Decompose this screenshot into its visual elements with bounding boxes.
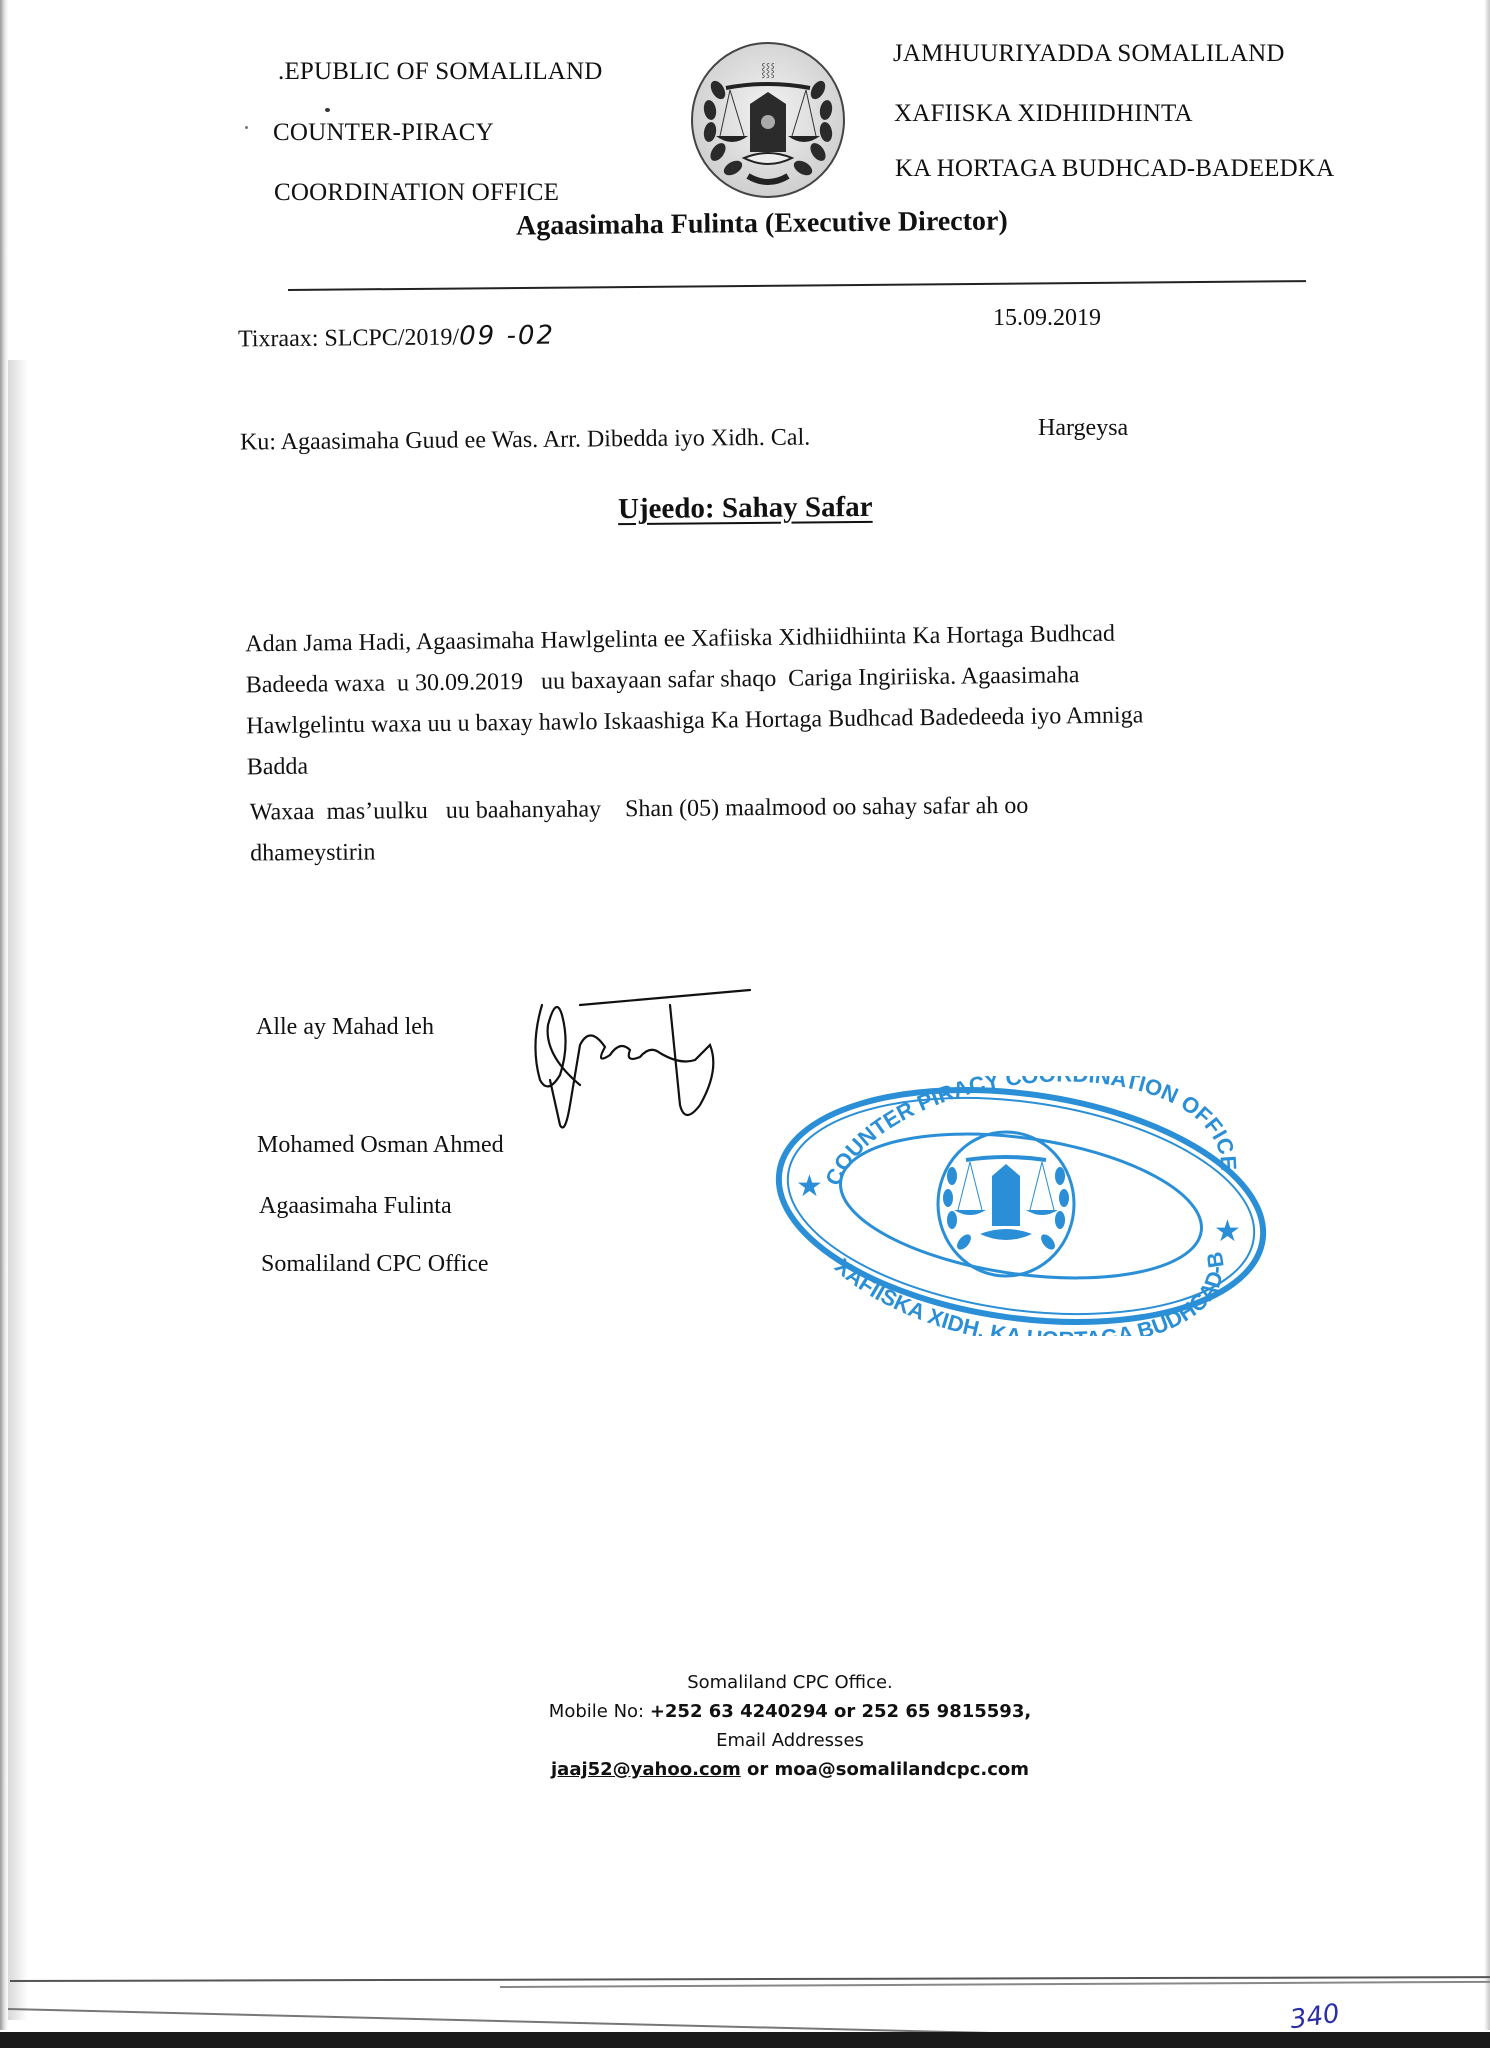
office-title: Agaasimaha Fulinta (Executive Director)	[516, 205, 1008, 242]
stamp-star-icon-right: ★	[1214, 1215, 1241, 1248]
scan-bottom-edge	[0, 2032, 1490, 2048]
footer-email-label: Email Addresses	[540, 1726, 1040, 1755]
body-paragraph-2: Waxaa mas’uulku uu baahanyahay Shan (05)…	[250, 783, 1291, 874]
scan-shadow-right	[1484, 0, 1490, 2030]
reference-label: Tixraax: SLCPC/2019/	[238, 324, 459, 352]
scan-shadow-left	[0, 0, 8, 2030]
signature-icon	[520, 985, 770, 1135]
body-paragraph-1: Adan Jama Hadi, Agaasimaha Hawlgelinta e…	[245, 612, 1287, 789]
letter-date: 15.09.2019	[993, 305, 1101, 332]
letterhead-right-line3: KA HORTAGA BUDHCAD-BADEEDKA	[895, 155, 1334, 183]
letter-page: .EPUBLIC OF SOMALILAND COUNTER-PIRACY CO…	[0, 0, 1490, 2048]
reference-handwritten: 09 -02	[459, 321, 555, 352]
letterhead-left-line2: COUNTER-PIRACY	[273, 119, 494, 147]
reference-line: Tixraax: SLCPC/2019/09 -02	[238, 321, 555, 354]
recipient-city: Hargeysa	[1038, 415, 1128, 442]
header-divider	[288, 280, 1306, 291]
letterhead-right-line1: JAMHUURIYADDA SOMALILAND	[893, 40, 1285, 68]
footer-mobile-label: Mobile No:	[549, 1701, 650, 1722]
scan-shadow-left-inner	[8, 360, 28, 2020]
closing-salutation: Alle ay Mahad leh	[256, 1014, 434, 1041]
letterhead-right-line2: XAFIISKA XIDHIIDHINTA	[894, 100, 1193, 128]
footer-mobile: Mobile No: +252 63 4240294 or 252 65 981…	[540, 1697, 1040, 1726]
letterhead-left-line1: .EPUBLIC OF SOMALILAND	[278, 58, 603, 86]
footer-email-or: or	[741, 1759, 775, 1780]
coat-of-arms-icon: ⸾⸾⸾	[688, 40, 848, 200]
signatory-position: Agaasimaha Fulinta	[259, 1193, 452, 1220]
footer-email-2[interactable]: moa@somalilandcpc.com	[775, 1759, 1029, 1780]
letterhead-left-line3: COORDINATION OFFICE	[274, 179, 559, 207]
signatory-office: Somaliland CPC Office	[261, 1251, 489, 1278]
official-stamp-icon: COUNTER PIRACY COORDINATION OFFICE XAFII…	[766, 1076, 1276, 1336]
svg-text:⸾⸾⸾: ⸾⸾⸾	[761, 63, 775, 79]
footer-email-1[interactable]: jaaj52@yahoo.com	[551, 1759, 741, 1780]
footer-emails: jaaj52@yahoo.com or moa@somalilandcpc.co…	[540, 1755, 1040, 1784]
signatory-name: Mohamed Osman Ahmed	[257, 1132, 504, 1159]
scan-speck	[325, 108, 330, 112]
scan-edge-line	[500, 1981, 1490, 1988]
letter-footer: Somaliland CPC Office. Mobile No: +252 6…	[540, 1668, 1040, 1784]
handwritten-page-number: 340	[1288, 1999, 1341, 2036]
footer-mobile-numbers: +252 63 4240294 or 252 65 9815593,	[650, 1701, 1031, 1722]
scan-speck	[245, 126, 248, 129]
subject-heading: Ujeedo: Sahay Safar	[618, 491, 873, 526]
recipient-line: Ku: Agaasimaha Guud ee Was. Arr. Dibedda…	[240, 425, 810, 457]
stamp-star-icon-left: ★	[796, 1170, 823, 1203]
footer-office: Somaliland CPC Office.	[540, 1668, 1040, 1697]
